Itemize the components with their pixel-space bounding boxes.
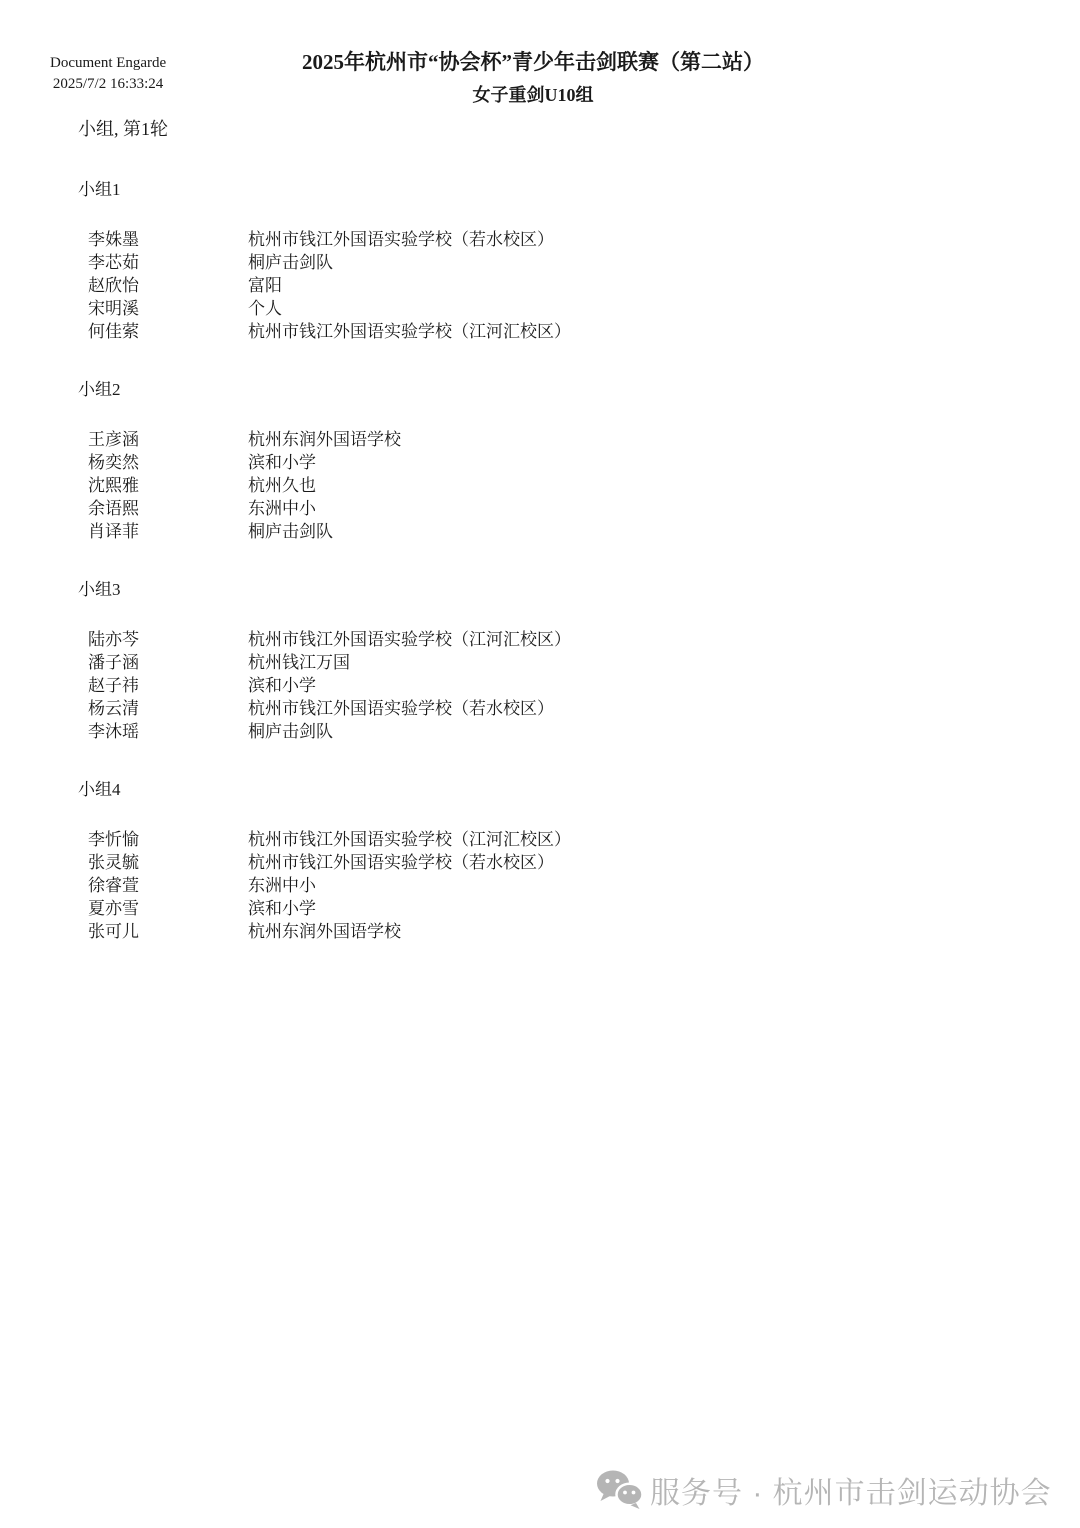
fencer-club: 滨和小学 (248, 448, 998, 473)
group-3: 小组3 陆亦芩 杭州市钱江外国语实验学校（江河汇校区） 潘子涵 杭州钱江万国 赵… (78, 580, 998, 740)
group-1: 小组1 李姝墨 杭州市钱江外国语实验学校（若水校区） 李芯茹 桐庐击剑队 赵欣怡… (78, 180, 998, 340)
fencer-name: 李忻愉 (88, 825, 248, 850)
table-row: 李忻愉 杭州市钱江外国语实验学校（江河汇校区） (88, 825, 998, 848)
section-title: 小组, 第1轮 (78, 118, 998, 140)
fencer-name: 夏亦雪 (88, 894, 248, 919)
fencer-name: 徐睿萱 (88, 871, 248, 896)
fencer-club: 滨和小学 (248, 671, 998, 696)
fencer-name: 杨奕然 (88, 448, 248, 473)
fencer-club: 杭州东润外国语学校 (248, 425, 998, 450)
content-area: 小组, 第1轮 小组1 李姝墨 杭州市钱江外国语实验学校（若水校区） 李芯茹 桐… (78, 118, 998, 940)
fencer-club: 滨和小学 (248, 894, 998, 919)
fencer-name: 沈熙雅 (88, 471, 248, 496)
wechat-account-label: 服务号 · 杭州市击剑运动协会 (650, 1468, 1052, 1512)
fencer-name: 张灵毓 (88, 848, 248, 873)
fencer-club: 个人 (248, 294, 998, 319)
fencer-name: 肖译菲 (88, 517, 248, 542)
fencer-club: 杭州东润外国语学校 (248, 917, 998, 942)
table-row: 李沐瑶 桐庐击剑队 (88, 717, 998, 740)
fencer-name: 杨云清 (88, 694, 248, 719)
fencer-club: 杭州市钱江外国语实验学校（若水校区） (248, 225, 998, 250)
wechat-icon (596, 1469, 644, 1511)
fencer-name: 何佳萦 (88, 317, 248, 342)
table-row: 李姝墨 杭州市钱江外国语实验学校（若水校区） (88, 225, 998, 248)
document-subtitle: 女子重剑U10组 (0, 82, 1066, 108)
table-row: 王彦涵 杭州东润外国语学校 (88, 425, 998, 448)
document-title: 2025年杭州市“协会杯”青少年击剑联赛（第二站） (0, 48, 1066, 76)
wechat-watermark: 服务号 · 杭州市击剑运动协会 (596, 1468, 1052, 1512)
group-label: 小组4 (78, 780, 998, 800)
fencer-club: 杭州市钱江外国语实验学校（江河汇校区） (248, 317, 998, 342)
fencer-club: 杭州市钱江外国语实验学校（若水校区） (248, 848, 998, 873)
group-4: 小组4 李忻愉 杭州市钱江外国语实验学校（江河汇校区） 张灵毓 杭州市钱江外国语… (78, 780, 998, 940)
fencer-name: 王彦涵 (88, 425, 248, 450)
table-row: 肖译菲 桐庐击剑队 (88, 517, 998, 540)
fencer-name: 赵欣怡 (88, 271, 248, 296)
table-row: 杨云清 杭州市钱江外国语实验学校（若水校区） (88, 694, 998, 717)
fencer-name: 李姝墨 (88, 225, 248, 250)
fencer-name: 赵子祎 (88, 671, 248, 696)
table-row: 余语熙 东洲中小 (88, 494, 998, 517)
table-row: 夏亦雪 滨和小学 (88, 894, 998, 917)
group-table: 陆亦芩 杭州市钱江外国语实验学校（江河汇校区） 潘子涵 杭州钱江万国 赵子祎 滨… (88, 625, 998, 740)
table-row: 沈熙雅 杭州久也 (88, 471, 998, 494)
group-table: 李忻愉 杭州市钱江外国语实验学校（江河汇校区） 张灵毓 杭州市钱江外国语实验学校… (88, 825, 998, 940)
table-row: 赵欣怡 富阳 (88, 271, 998, 294)
fencer-club: 东洲中小 (248, 494, 998, 519)
fencer-club: 杭州久也 (248, 471, 998, 496)
fencer-name: 陆亦芩 (88, 625, 248, 650)
group-table: 王彦涵 杭州东润外国语学校 杨奕然 滨和小学 沈熙雅 杭州久也 余语熙 东洲中小… (88, 425, 998, 540)
group-2: 小组2 王彦涵 杭州东润外国语学校 杨奕然 滨和小学 沈熙雅 杭州久也 余语熙 … (78, 380, 998, 540)
fencer-club: 富阳 (248, 271, 998, 296)
table-row: 潘子涵 杭州钱江万国 (88, 648, 998, 671)
fencer-name: 潘子涵 (88, 648, 248, 673)
fencer-club: 桐庐击剑队 (248, 248, 998, 273)
fencer-name: 余语熙 (88, 494, 248, 519)
table-row: 张灵毓 杭州市钱江外国语实验学校（若水校区） (88, 848, 998, 871)
table-row: 张可儿 杭州东润外国语学校 (88, 917, 998, 940)
table-row: 杨奕然 滨和小学 (88, 448, 998, 471)
fencer-club: 桐庐击剑队 (248, 517, 998, 542)
fencer-club: 桐庐击剑队 (248, 717, 998, 742)
fencer-club: 杭州市钱江外国语实验学校（若水校区） (248, 694, 998, 719)
group-label: 小组2 (78, 380, 998, 400)
group-label: 小组1 (78, 180, 998, 200)
table-row: 徐睿萱 东洲中小 (88, 871, 998, 894)
title-block: 2025年杭州市“协会杯”青少年击剑联赛（第二站） 女子重剑U10组 (0, 48, 1066, 108)
fencer-club: 杭州钱江万国 (248, 648, 998, 673)
table-row: 何佳萦 杭州市钱江外国语实验学校（江河汇校区） (88, 317, 998, 340)
group-label: 小组3 (78, 580, 998, 600)
document-page: Document Engarde 2025/7/2 16:33:24 2025年… (0, 0, 1080, 1528)
fencer-club: 东洲中小 (248, 871, 998, 896)
fencer-name: 李沐瑶 (88, 717, 248, 742)
group-table: 李姝墨 杭州市钱江外国语实验学校（若水校区） 李芯茹 桐庐击剑队 赵欣怡 富阳 … (88, 225, 998, 340)
fencer-name: 宋明溪 (88, 294, 248, 319)
table-row: 宋明溪 个人 (88, 294, 998, 317)
table-row: 赵子祎 滨和小学 (88, 671, 998, 694)
table-row: 李芯茹 桐庐击剑队 (88, 248, 998, 271)
fencer-name: 李芯茹 (88, 248, 248, 273)
fencer-club: 杭州市钱江外国语实验学校（江河汇校区） (248, 625, 998, 650)
fencer-club: 杭州市钱江外国语实验学校（江河汇校区） (248, 825, 998, 850)
fencer-name: 张可儿 (88, 917, 248, 942)
table-row: 陆亦芩 杭州市钱江外国语实验学校（江河汇校区） (88, 625, 998, 648)
